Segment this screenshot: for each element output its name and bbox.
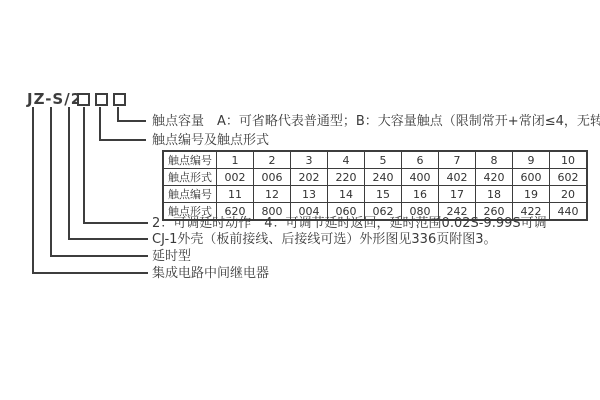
leader-delay-mode-vertical: [83, 107, 85, 224]
table-cell: 6: [402, 151, 439, 169]
leader-contact-number-horizontal: [99, 139, 146, 141]
table-cell: 7: [439, 151, 476, 169]
table-cell: 400: [402, 169, 439, 186]
table-cell: 260: [476, 203, 513, 221]
table-cell: 002: [217, 169, 254, 186]
table-cell: 006: [254, 169, 291, 186]
table-cell: 242: [439, 203, 476, 221]
leader-case-horizontal: [68, 238, 148, 240]
table-cell: 060: [328, 203, 365, 221]
model-placeholder-box-1: [77, 93, 90, 106]
table-cell: 004: [291, 203, 328, 221]
table-row: 触点编号12345678910: [163, 151, 587, 169]
contact-form-table: 触点编号12345678910触点形式002006202220240400402…: [162, 150, 588, 221]
row-header-cell: 触点编号: [163, 186, 217, 203]
model-prefix: JZ-S/2: [27, 90, 82, 108]
leader-series-horizontal: [32, 272, 148, 274]
table-cell: 10: [550, 151, 588, 169]
table-cell: 202: [291, 169, 328, 186]
table-cell: 420: [476, 169, 513, 186]
table-cell: 602: [550, 169, 588, 186]
row-header-cell: 触点形式: [163, 169, 217, 186]
table-cell: 12: [254, 186, 291, 203]
callout-delay-type: 延时型: [152, 249, 191, 264]
table-row: 触点编号11121314151617181920: [163, 186, 587, 203]
table-cell: 600: [513, 169, 550, 186]
table-cell: 080: [402, 203, 439, 221]
leader-case-vertical: [68, 107, 70, 240]
table-cell: 5: [365, 151, 402, 169]
contact-table-body: 触点编号12345678910触点形式002006202220240400402…: [163, 151, 587, 220]
table-cell: 9: [513, 151, 550, 169]
table-cell: 422: [513, 203, 550, 221]
table-cell: 11: [217, 186, 254, 203]
leader-delay-mode-horizontal: [83, 222, 148, 224]
table-row: 触点形式002006202220240400402420600602: [163, 169, 587, 186]
table-cell: 13: [291, 186, 328, 203]
leader-contact-number-vertical: [99, 107, 101, 141]
callout-contact-number-form: 触点编号及触点形式: [152, 133, 269, 148]
table-cell: 4: [328, 151, 365, 169]
model-placeholder-box-2: [95, 93, 108, 106]
table-row: 触点形式620800004060062080242260422440: [163, 203, 587, 221]
table-cell: 402: [439, 169, 476, 186]
table-cell: 19: [513, 186, 550, 203]
table-cell: 220: [328, 169, 365, 186]
table-cell: 240: [365, 169, 402, 186]
table-cell: 8: [476, 151, 513, 169]
leader-series-vertical: [32, 107, 34, 274]
table-cell: 17: [439, 186, 476, 203]
table-cell: 20: [550, 186, 588, 203]
table-cell: 1: [217, 151, 254, 169]
table-cell: 15: [365, 186, 402, 203]
table-cell: 062: [365, 203, 402, 221]
table-cell: 440: [550, 203, 588, 221]
table-cell: 16: [402, 186, 439, 203]
table-cell: 800: [254, 203, 291, 221]
row-header-cell: 触点形式: [163, 203, 217, 221]
leader-contact-capacity-horizontal: [117, 120, 146, 122]
table-cell: 18: [476, 186, 513, 203]
table-cell: 3: [291, 151, 328, 169]
model-placeholder-box-3: [113, 93, 126, 106]
callout-contact-capacity: 触点容量 A：可省略代表普通型；B：大容量触点（限制常开+常闭≤4，无转换）: [152, 114, 600, 129]
table-cell: 2: [254, 151, 291, 169]
callout-series-name: 集成电路中间继电器: [152, 266, 269, 281]
table-cell: 620: [217, 203, 254, 221]
leader-delay-type-horizontal: [50, 255, 148, 257]
table-cell: 14: [328, 186, 365, 203]
callout-case-type: CJ-1外壳（板前接线、后接线可选）外形图见336页附图3。: [152, 232, 497, 247]
model-designation-diagram: JZ-S/2 触点容量 A：可省略代表普通型；B：大容量触点（限制常开+常闭≤4…: [0, 0, 600, 400]
row-header-cell: 触点编号: [163, 151, 217, 169]
leader-delay-type-vertical: [50, 107, 52, 257]
